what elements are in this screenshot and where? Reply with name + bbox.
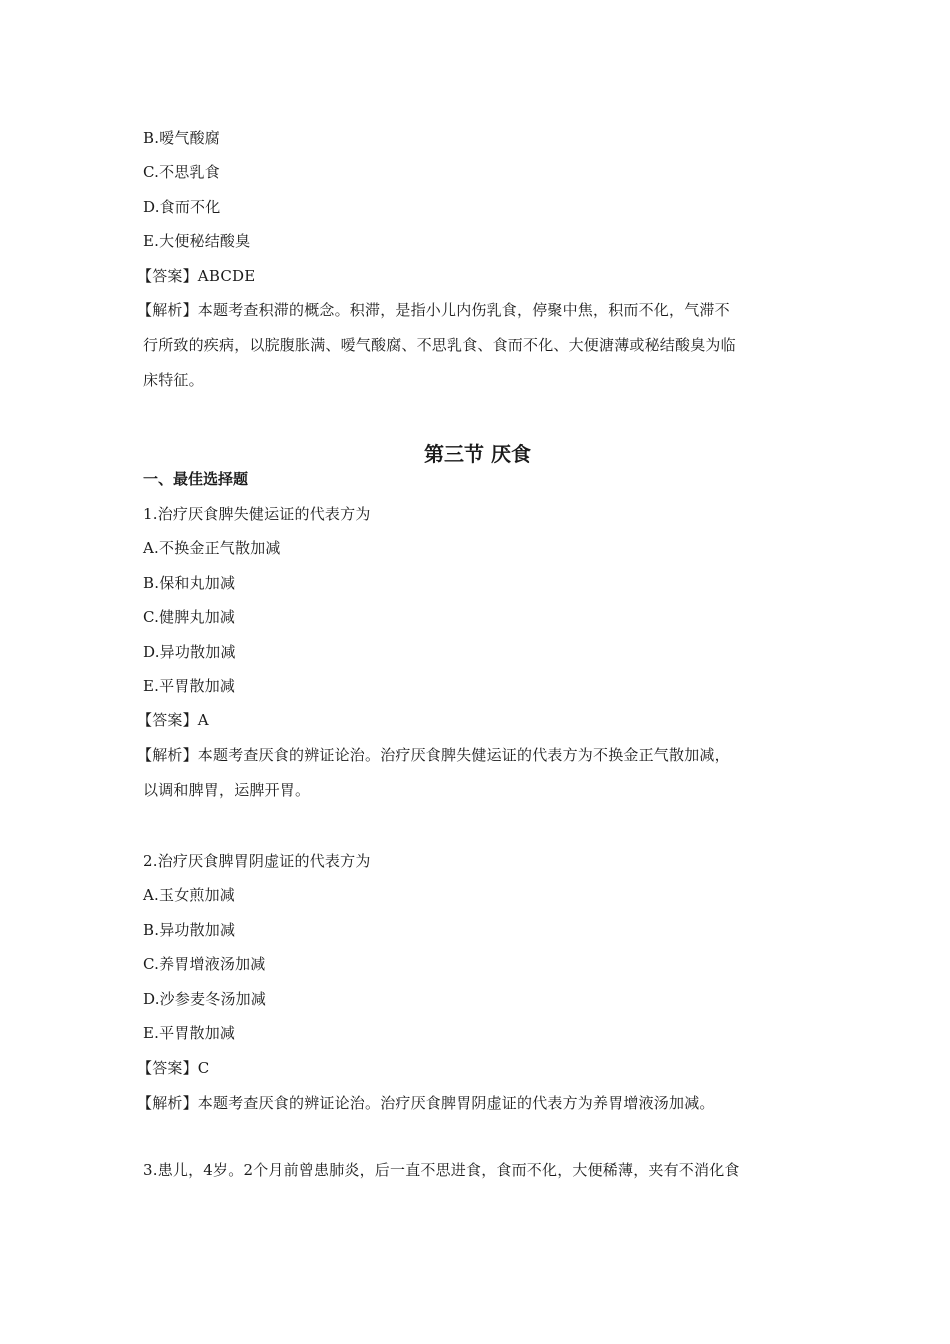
option-b: B.异功散加减 — [143, 920, 235, 940]
question-stem: 1.治疗厌食脾失健运证的代表方为 — [143, 504, 371, 524]
explanation-line: 【解析】本题考查厌食的辨证论治。治疗厌食脾胃阴虚证的代表方为养胃增液汤加减。 — [137, 1093, 715, 1113]
explanation-line: 床特征。 — [143, 370, 204, 390]
option-e: E.平胃散加减 — [143, 676, 235, 696]
explanation-line: 以调和脾胃，运脾开胃。 — [143, 780, 310, 800]
option-a: A.不换金正气散加减 — [143, 538, 281, 558]
option-c: C.不思乳食 — [143, 162, 220, 182]
section-title: 第三节 厌食 — [0, 441, 950, 467]
option-c: C.健脾丸加减 — [143, 607, 235, 627]
question-stem: 2.治疗厌食脾胃阴虚证的代表方为 — [143, 851, 371, 871]
option-e: E.平胃散加减 — [143, 1023, 235, 1043]
explanation-line: 行所致的疾病，以脘腹胀满、嗳气酸腐、不思乳食、食而不化、大便溏薄或秘结酸臭为临 — [143, 335, 736, 355]
answer-line: 【答案】C — [137, 1058, 209, 1078]
option-b: B.嗳气酸腐 — [143, 128, 220, 148]
question-stem: 3.患儿，4岁。2个月前曾患肺炎，后一直不思进食，食而不化，大便稀薄，夹有不消化… — [143, 1160, 740, 1180]
option-c: C.养胃增液汤加减 — [143, 954, 266, 974]
option-d: D.食而不化 — [143, 197, 220, 217]
answer-line: 【答案】A — [137, 710, 209, 730]
section-subtitle: 一、最佳选择题 — [143, 469, 248, 489]
option-e: E.大便秘结酸臭 — [143, 231, 250, 251]
option-d: D.沙参麦冬汤加减 — [143, 989, 266, 1009]
option-b: B.保和丸加减 — [143, 573, 235, 593]
answer-line: 【答案】ABCDE — [137, 266, 255, 286]
option-d: D.异功散加减 — [143, 642, 236, 662]
explanation-line: 【解析】本题考查厌食的辨证论治。治疗厌食脾失健运证的代表方为不换金正气散加减， — [137, 745, 730, 765]
document-page: B.嗳气酸腐 C.不思乳食 D.食而不化 E.大便秘结酸臭 【答案】ABCDE … — [0, 0, 950, 1344]
option-a: A.玉女煎加减 — [143, 885, 235, 905]
explanation-line: 【解析】本题考查积滞的概念。积滞，是指小儿内伤乳食，停聚中焦，积而不化，气滞不 — [137, 300, 730, 320]
